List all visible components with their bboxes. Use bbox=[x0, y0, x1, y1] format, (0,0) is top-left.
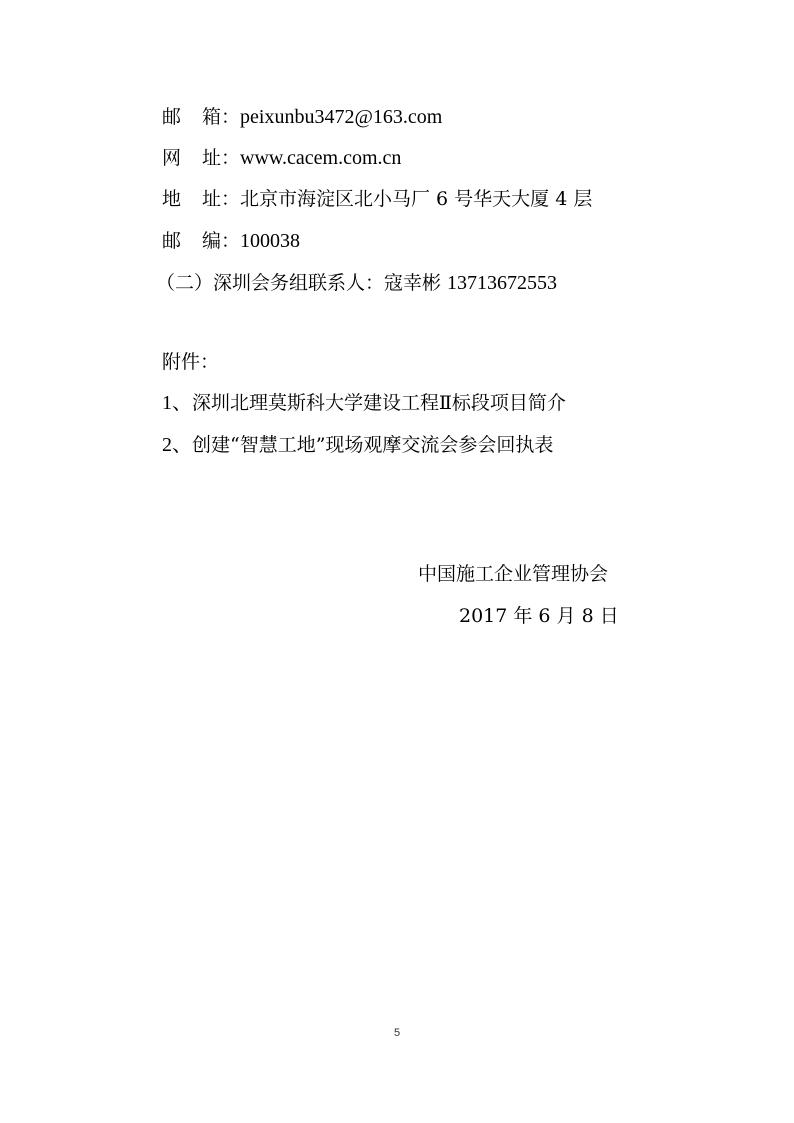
attachment-text: 深圳北理莫斯科大学建设工程Ⅱ标段项目简介 bbox=[192, 392, 566, 414]
attachments-heading: 附件： bbox=[162, 350, 219, 374]
attachment-text: 创建“智慧工地”现场观摩交流会参会回执表 bbox=[192, 434, 553, 456]
attachment-item: 1、深圳北理莫斯科大学建设工程Ⅱ标段项目简介 bbox=[162, 391, 566, 415]
shenzhen-contact-phone: 13713672553 bbox=[447, 272, 557, 294]
website-value: www.cacem.com.cn bbox=[240, 147, 401, 169]
shenzhen-contact-line: （二）深圳会务组联系人：寇幸彬 13713672553 bbox=[156, 271, 557, 295]
website-label-a: 网 bbox=[162, 146, 202, 170]
website-line: 网址：www.cacem.com.cn bbox=[162, 146, 401, 170]
address-label-a: 地 bbox=[162, 187, 202, 211]
attachment-number: 1、 bbox=[162, 392, 192, 414]
website-label-b: 址： bbox=[202, 147, 240, 169]
email-label-a: 邮 bbox=[162, 105, 202, 129]
signature-organization: 中国施工企业管理协会 bbox=[418, 562, 608, 586]
email-line: 邮箱：peixunbu3472@163.com bbox=[162, 105, 442, 129]
signature-date: 2017 年 6 月 8 日 bbox=[459, 604, 619, 628]
address-label-b: 址： bbox=[202, 188, 240, 210]
postcode-label-b: 编： bbox=[202, 230, 240, 252]
postcode-value: 100038 bbox=[240, 230, 300, 252]
shenzhen-contact-text: （二）深圳会务组联系人：寇幸彬 bbox=[156, 272, 447, 294]
address-value: 北京市海淀区北小马厂 6 号华天大厦 4 层 bbox=[240, 188, 592, 210]
attachment-item: 2、创建“智慧工地”现场观摩交流会参会回执表 bbox=[162, 433, 553, 457]
attachment-number: 2、 bbox=[162, 434, 192, 456]
email-label-b: 箱： bbox=[202, 106, 240, 128]
address-line: 地址：北京市海淀区北小马厂 6 号华天大厦 4 层 bbox=[162, 187, 592, 211]
postcode-label-a: 邮 bbox=[162, 229, 202, 253]
postcode-line: 邮编：100038 bbox=[162, 229, 300, 253]
page-number: 5 bbox=[0, 1027, 794, 1039]
email-value: peixunbu3472@163.com bbox=[240, 106, 442, 128]
